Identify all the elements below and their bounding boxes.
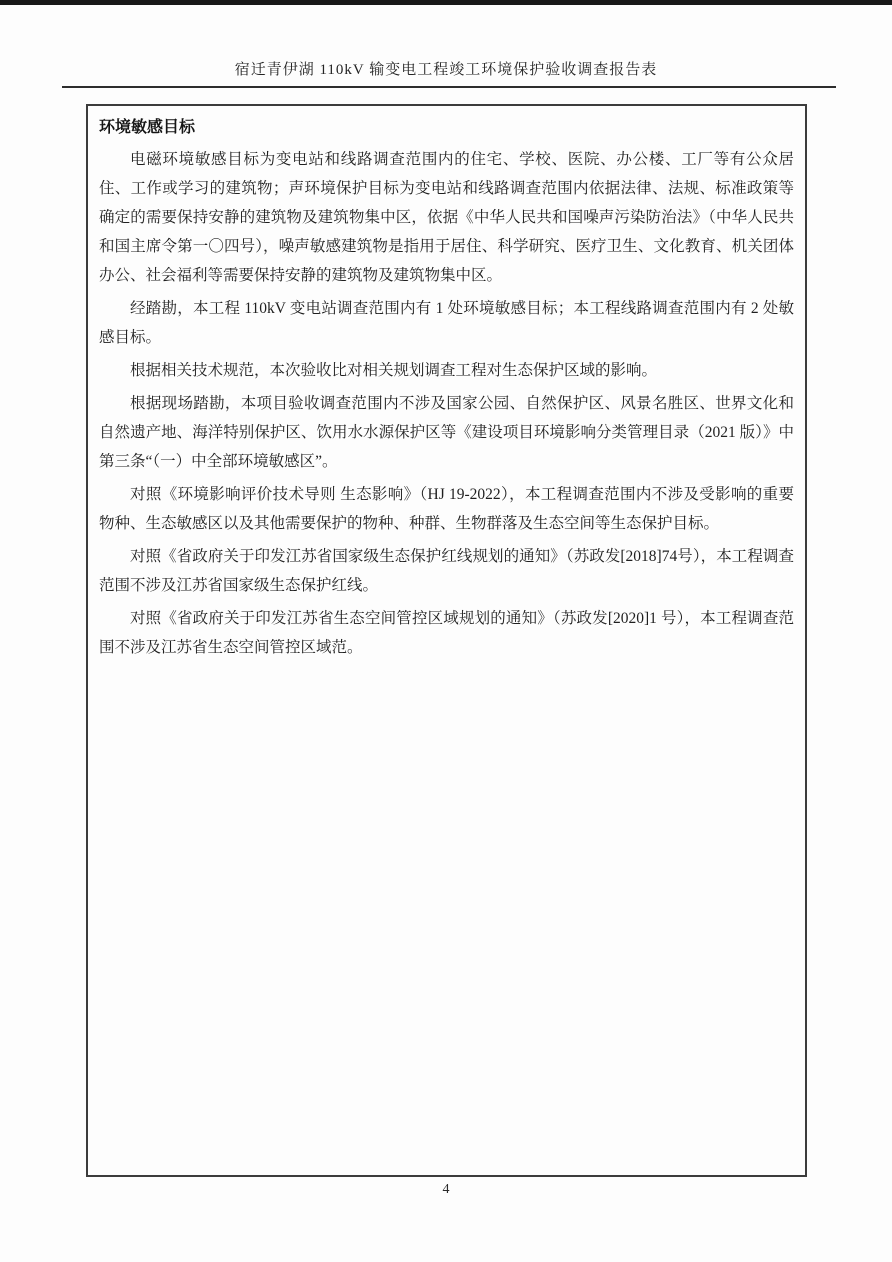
- document-page: 宿迁青伊湖 110kV 输变电工程竣工环境保护验收调查报告表 环境敏感目标 电磁…: [0, 0, 892, 1262]
- header-title: 宿迁青伊湖 110kV 输变电工程竣工环境保护验收调查报告表: [0, 58, 892, 79]
- page-number: 4: [443, 1182, 450, 1197]
- paragraph: 对照《省政府关于印发江苏省国家级生态保护红线规划的通知》（苏政发[2018]74…: [99, 542, 794, 600]
- scan-artifact-top-bar: [0, 0, 892, 5]
- paragraph: 根据现场踏勘，本项目验收调查范围内不涉及国家公园、自然保护区、风景名胜区、世界文…: [99, 389, 794, 476]
- paragraph: 对照《省政府关于印发江苏省生态空间管控区域规划的通知》（苏政发[2020]1 号…: [99, 604, 794, 662]
- content-box: 环境敏感目标 电磁环境敏感目标为变电站和线路调查范围内的住宅、学校、医院、办公楼…: [86, 104, 807, 1177]
- paragraph: 电磁环境敏感目标为变电站和线路调查范围内的住宅、学校、医院、办公楼、工厂等有公众…: [99, 145, 794, 290]
- paragraph: 根据相关技术规范，本次验收比对相关规划调查工程对生态保护区域的影响。: [99, 356, 794, 385]
- page-footer: 4: [0, 1180, 892, 1198]
- body-paragraphs: 电磁环境敏感目标为变电站和线路调查范围内的住宅、学校、医院、办公楼、工厂等有公众…: [99, 145, 794, 662]
- paragraph: 对照《环境影响评价技术导则 生态影响》（HJ 19-2022），本工程调查范围内…: [99, 480, 794, 538]
- section-title: 环境敏感目标: [99, 114, 794, 137]
- paragraph: 经踏勘，本工程 110kV 变电站调查范围内有 1 处环境敏感目标；本工程线路调…: [99, 294, 794, 352]
- header-divider: [62, 86, 836, 88]
